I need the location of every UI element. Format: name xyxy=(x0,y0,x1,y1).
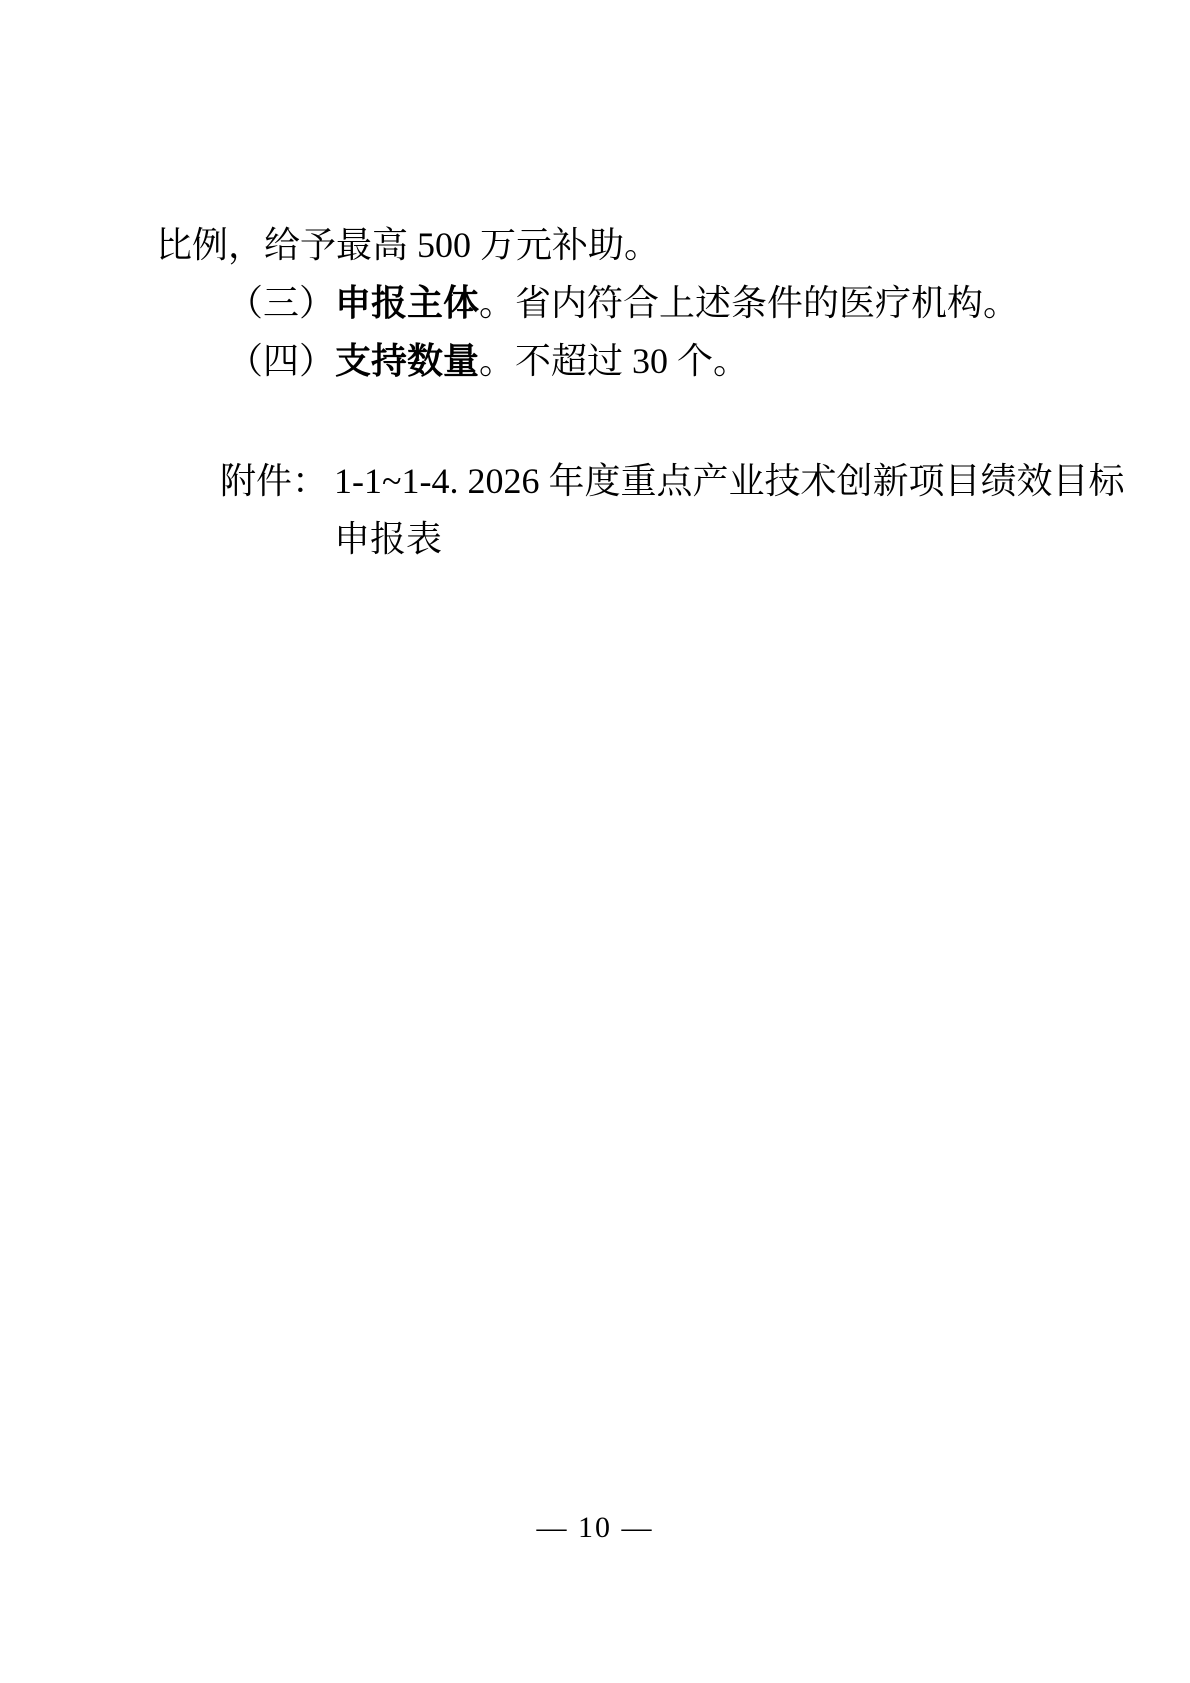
page-number: — 10 — xyxy=(0,1506,1190,1550)
list-marker: （三） xyxy=(227,283,335,323)
attachment-label: 附件： xyxy=(220,452,328,510)
paragraph-text: 比例，给予最高 500 万元补助。 xyxy=(156,225,660,265)
subheading-bold: 申报主体 xyxy=(335,283,479,323)
attachment-content: 1-1~1-4. 2026 年度重点产业技术创新项目绩效目标 申报表 xyxy=(334,452,1124,568)
paragraph-text: 。省内符合上述条件的医疗机构。 xyxy=(479,283,1019,323)
list-marker: （四） xyxy=(227,341,335,381)
document-body: 比例，给予最高 500 万元补助。 （三）申报主体。省内符合上述条件的医疗机构。… xyxy=(156,216,1040,390)
paragraph: （三）申报主体。省内符合上述条件的医疗机构。 xyxy=(156,274,1040,332)
subheading-bold: 支持数量 xyxy=(335,341,479,381)
attachment-title-line1: 1-1~1-4. 2026 年度重点产业技术创新项目绩效目标 xyxy=(334,452,1124,510)
paragraph: 比例，给予最高 500 万元补助。 xyxy=(156,216,1040,274)
attachment-note: 附件： 1-1~1-4. 2026 年度重点产业技术创新项目绩效目标 申报表 xyxy=(220,452,1124,568)
attachment-title-line2: 申报表 xyxy=(334,510,1124,568)
paragraph-text: 。不超过 30 个。 xyxy=(479,341,749,381)
document-page: 比例，给予最高 500 万元补助。 （三）申报主体。省内符合上述条件的医疗机构。… xyxy=(0,0,1190,1683)
paragraph: （四）支持数量。不超过 30 个。 xyxy=(156,332,1040,390)
